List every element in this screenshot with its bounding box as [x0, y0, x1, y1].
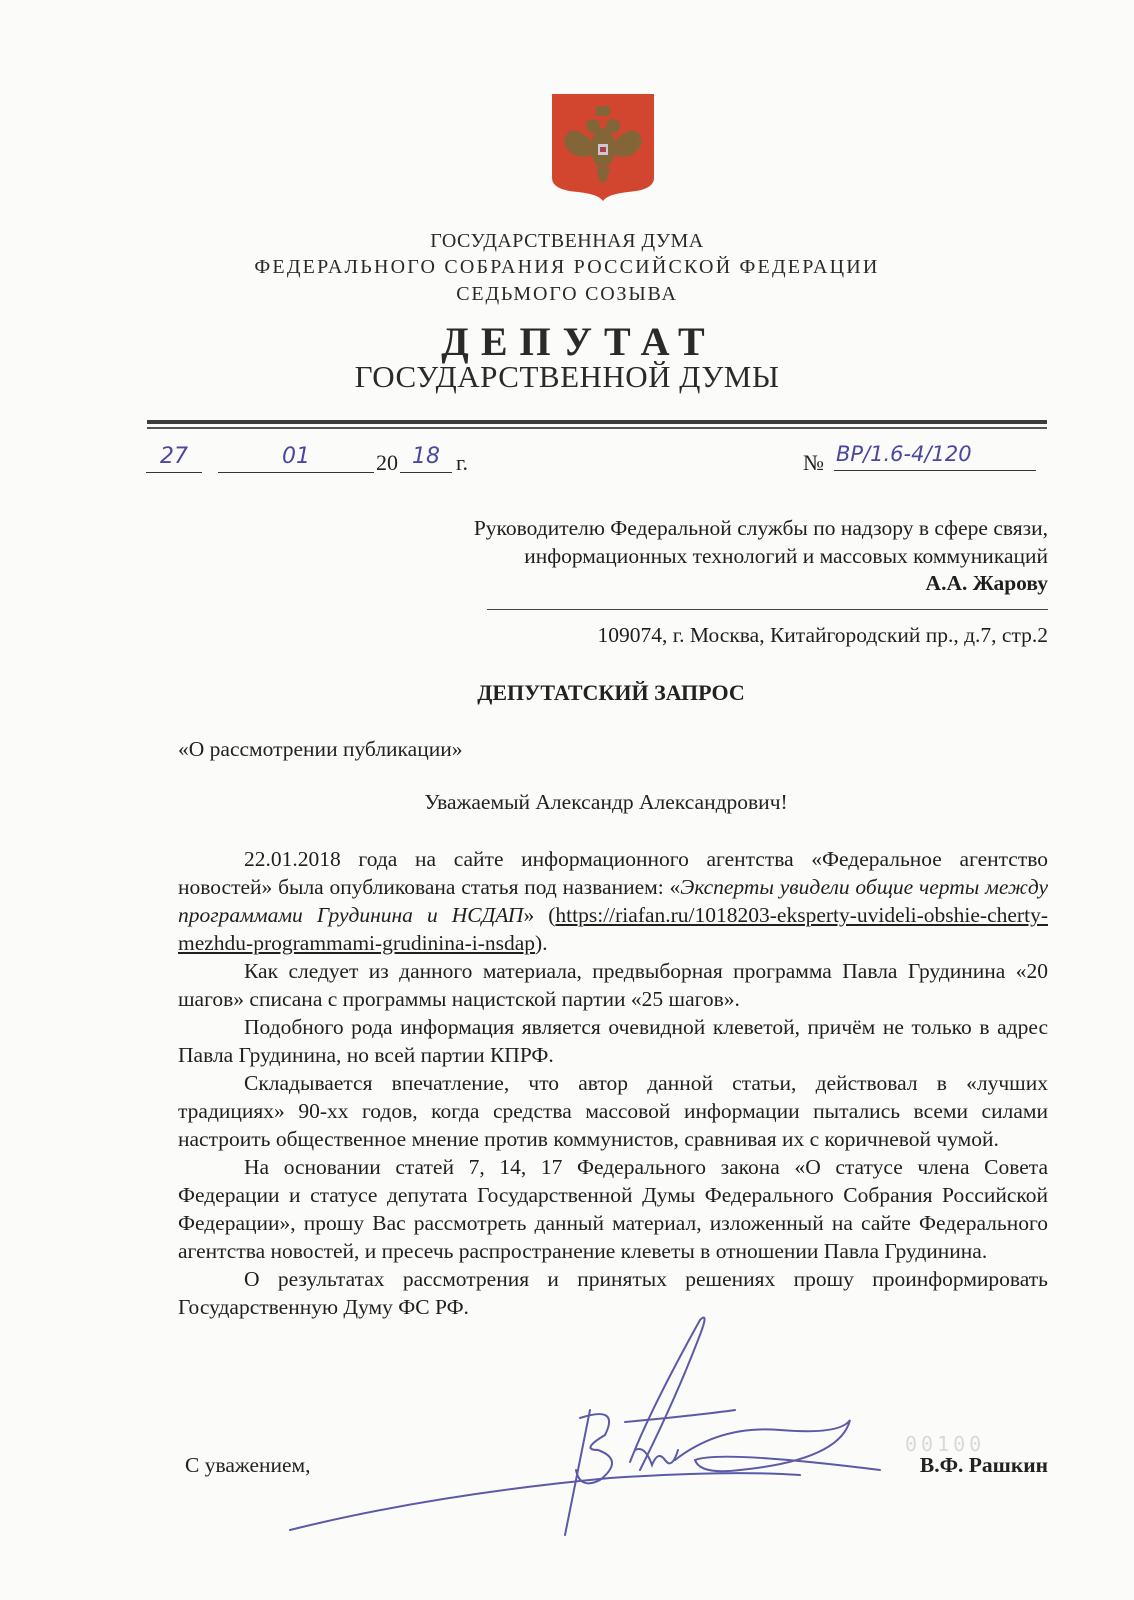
paragraph-5: На основании статей 7, 14, 17 Федерально… [178, 1153, 1048, 1265]
date-year-field: 18 [400, 444, 452, 473]
date-year-unit: г. [456, 450, 468, 476]
letterhead-line1: ГОСУДАРСТВЕННАЯ ДУМА [0, 230, 1134, 253]
date-month: 01 [282, 444, 310, 469]
paragraph-2: Как следует из данного материала, предвы… [178, 957, 1048, 1013]
letter-body: 22.01.2018 года на сайте информационного… [178, 845, 1048, 1321]
date-year-suffix: 18 [412, 444, 440, 469]
paragraph-3: Подобного рода информация является очеви… [178, 1013, 1048, 1069]
signature-icon [280, 1310, 900, 1540]
addressee-line1: Руководителю Федеральной службы по надзо… [474, 515, 1048, 543]
letterhead-title: ДЕПУТАТ [0, 318, 1134, 365]
addressee-name: А.А. Жарову [474, 570, 1048, 598]
closing-regards: С уважением, [185, 1453, 311, 1478]
document-subject: «О рассмотрении публикации» [178, 737, 463, 762]
date-day: 27 [160, 444, 188, 469]
document-type: ДЕПУТАТСКИЙ ЗАПРОС [0, 680, 1134, 706]
header-rule-thin [147, 427, 1047, 429]
header-rule-thick [147, 420, 1047, 424]
letterhead-subtitle: ГОСУДАРСТВЕННОЙ ДУМЫ [0, 359, 1134, 395]
letterhead-line2: ФЕДЕРАЛЬНОГО СОБРАНИЯ РОССИЙСКОЙ ФЕДЕРАЦ… [0, 256, 1134, 279]
letterhead-line3: СЕДЬМОГО СОЗЫВА [0, 283, 1134, 306]
signer-name: В.Ф. Рашкин [920, 1453, 1048, 1478]
date-month-field: 01 [218, 444, 374, 473]
number-value: ВР/1.6-4/120 [834, 442, 972, 466]
salutation: Уважаемый Александр Александрович! [0, 790, 1134, 815]
coat-of-arms-icon [548, 90, 658, 202]
addressee-address: 109074, г. Москва, Китайгородский пр., д… [598, 622, 1048, 650]
addressee-block: Руководителю Федеральной службы по надзо… [474, 515, 1048, 598]
number-label: № [803, 450, 824, 476]
paragraph-4: Складывается впечатление, что автор данн… [178, 1069, 1048, 1153]
date-day-field: 27 [146, 444, 202, 473]
addressee-rule [487, 609, 1048, 610]
number-field: ВР/1.6-4/120 [834, 442, 1036, 471]
addressee-line2: информационных технологий и массовых ком… [474, 543, 1048, 571]
date-year-prefix: 20 [376, 450, 398, 476]
paragraph-1: 22.01.2018 года на сайте информационного… [178, 845, 1048, 957]
